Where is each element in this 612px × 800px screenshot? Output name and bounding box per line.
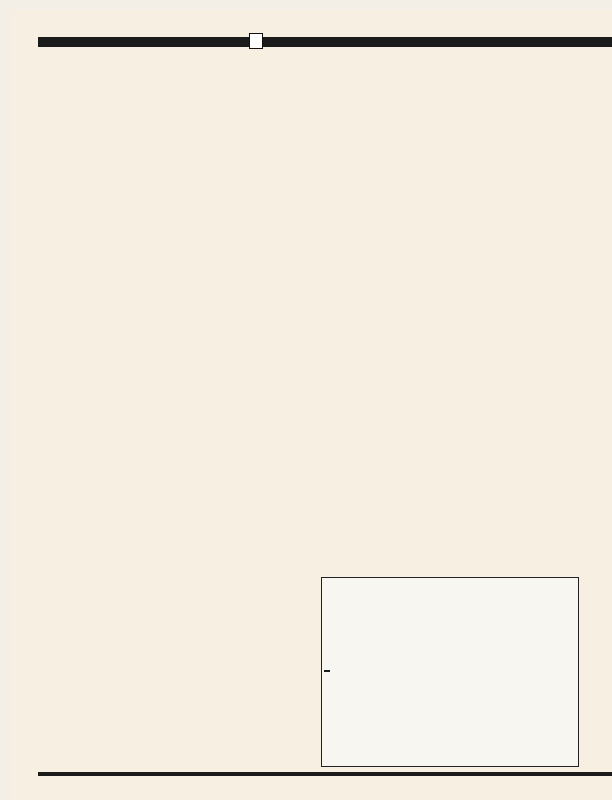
- chord-diagram-screenshot: [321, 577, 579, 767]
- section-title: [249, 33, 263, 49]
- footer-rule: [38, 772, 612, 776]
- banner-rule: [38, 37, 612, 47]
- section-banner: [38, 33, 612, 49]
- diagram-menu-options: [324, 670, 330, 672]
